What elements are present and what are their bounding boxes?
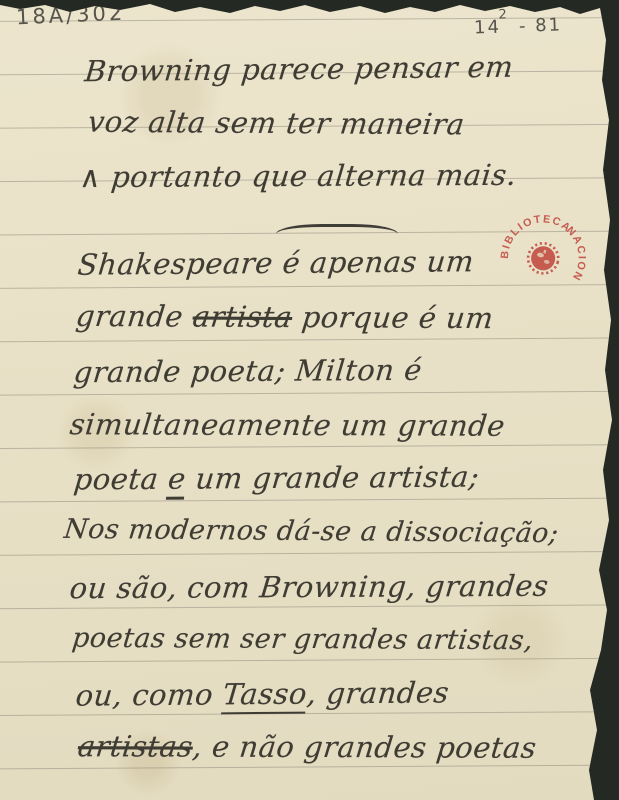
line-text: ou são, com Browning, grandes <box>68 569 550 606</box>
line-text: , grandes <box>305 675 450 710</box>
line-text: porque é um <box>290 300 495 335</box>
struck-word: artistas <box>76 729 194 763</box>
folio-exponent: 2 <box>498 7 509 22</box>
manuscript-line: voz alta sem ter maneira <box>86 105 466 142</box>
line-text: um grande artista; <box>184 460 481 496</box>
folio-base: 14 <box>474 17 502 39</box>
manuscript-line: simultaneamente um grande <box>68 407 507 443</box>
archive-code: 18A/302 <box>16 1 126 30</box>
line-text: , e não grandes poetas <box>191 730 538 765</box>
underlined-word: Tasso <box>221 677 309 715</box>
paragraph-divider <box>276 224 398 234</box>
struck-word: artista <box>191 300 294 335</box>
manuscript-line: artistas, e não grandes poetas <box>76 729 538 765</box>
line-text: Browning parece pensar em <box>83 50 515 88</box>
line-text: grande <box>74 299 195 334</box>
manuscript-line: grande artista porque é um <box>74 299 495 335</box>
manuscript-line: Shakespeare é apenas um <box>76 244 475 281</box>
line-text: poeta <box>72 462 170 497</box>
folio-rest: - 81 <box>519 14 563 36</box>
manuscript-line: Browning parece pensar em <box>83 50 515 88</box>
manuscript-line: ou, como Tasso, grandes <box>74 675 451 712</box>
line-text: Shakespeare é apenas um <box>76 244 475 281</box>
manuscript-scan: 18A/302 142 - 81 Browning parece pensar … <box>0 0 619 800</box>
line-text: Nos modernos dá-se a dissociação; <box>62 514 560 549</box>
manuscript-line: Nos modernos dá-se a dissociação; <box>62 514 560 549</box>
line-text: voz alta sem ter maneira <box>86 105 466 142</box>
manuscript-line: ∧ portanto que alterna mais. <box>78 158 518 194</box>
line-text: poetas sem ser grandes artistas, <box>70 623 535 656</box>
manuscript-line: ou são, com Browning, grandes <box>68 569 550 606</box>
line-text: grande poeta; Milton é <box>72 353 423 389</box>
line-text: ∧ portanto que alterna mais. <box>78 158 518 194</box>
manuscript-line: grande poeta; Milton é <box>72 353 423 389</box>
line-text: ou, como <box>74 677 224 712</box>
paper-sheet: 18A/302 142 - 81 Browning parece pensar … <box>0 0 619 800</box>
manuscript-line: poeta e um grande artista; <box>72 460 481 497</box>
manuscript-line: poetas sem ser grandes artistas, <box>70 623 535 656</box>
folio-number: 142 - 81 <box>474 12 563 38</box>
line-text: simultaneamente um grande <box>68 407 507 443</box>
